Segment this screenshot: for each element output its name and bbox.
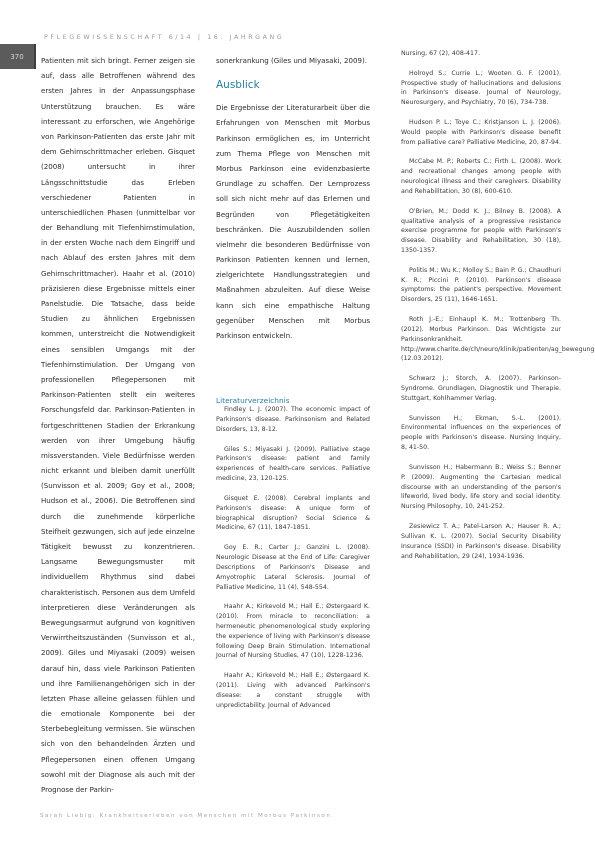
reference-item: Politis M.; Wu K.; Molloy S.; Bain P. G.… bbox=[401, 266, 561, 305]
references-heading: Literaturverzeichnis bbox=[216, 396, 370, 405]
body-paragraph: Die Ergebnisse der Literaturarbeit über … bbox=[216, 100, 370, 343]
page-number-tab: 370 bbox=[0, 44, 36, 69]
reference-item: Hudson P. L.; Toye C.; Kristjanson L. J.… bbox=[401, 118, 561, 148]
reference-item: Sunvisson H.; Ekman, S.-L. (2001). Envir… bbox=[401, 414, 561, 453]
reference-item: Schwarz J.; Storch, A. (2007). Parkinson… bbox=[401, 374, 561, 404]
body-paragraph: Patienten mit sich bringt. Ferner zeigen… bbox=[41, 53, 195, 797]
reference-continuation: Nursing, 67 (2), 408-417. bbox=[401, 49, 561, 59]
right-column: Nursing, 67 (2), 408-417. Holroyd S.; Cu… bbox=[401, 49, 561, 571]
reference-item: Haahr A.; Kirkevold M.; Hall E.; Østerga… bbox=[216, 671, 370, 710]
reference-item: Roth J.-E.; Einhaupl K. M.; Trottenberg … bbox=[401, 315, 561, 364]
reference-item: Goy E. R.; Carter J.; Ganzini L. (2008).… bbox=[216, 543, 370, 592]
reference-item: Holroyd S.; Currie L.; Wooten G. F. (200… bbox=[401, 69, 561, 108]
reference-item: Giles S.; Miyasaki J. (2009). Palliative… bbox=[216, 445, 370, 484]
reference-item: Findley L. J. (2007). The economic impac… bbox=[216, 405, 370, 435]
reference-item: Zesiewicz T. A.; Patel-Larson A.; Hauser… bbox=[401, 522, 561, 561]
reference-item: Gisquet E. (2008). Cerebral implants and… bbox=[216, 494, 370, 533]
left-column: Patienten mit sich bringt. Ferner zeigen… bbox=[41, 53, 195, 797]
reference-item: McCabe M. P.; Roberts C.; Firth L. (2008… bbox=[401, 157, 561, 196]
section-heading-ausblick: Ausblick bbox=[216, 79, 370, 91]
reference-item: O'Brien, M.; Dodd K. J.; Bilney B. (2008… bbox=[401, 207, 561, 256]
running-header: Pflegewissenschaft 6/14 | 16. Jahrgang bbox=[44, 34, 284, 41]
middle-column: sonerkrankung (Giles und Miyasaki, 2009)… bbox=[216, 53, 370, 720]
reference-item: Sunvisson H.; Habermann B.; Weiss S.; Be… bbox=[401, 463, 561, 512]
body-paragraph-continuation: sonerkrankung (Giles und Miyasaki, 2009)… bbox=[216, 53, 370, 68]
running-footer: Sarah Liebig: Krankheitserleben von Mens… bbox=[40, 813, 331, 819]
reference-item: Haahr A.; Kirkevold M.; Hall E.; Østerga… bbox=[216, 602, 370, 661]
